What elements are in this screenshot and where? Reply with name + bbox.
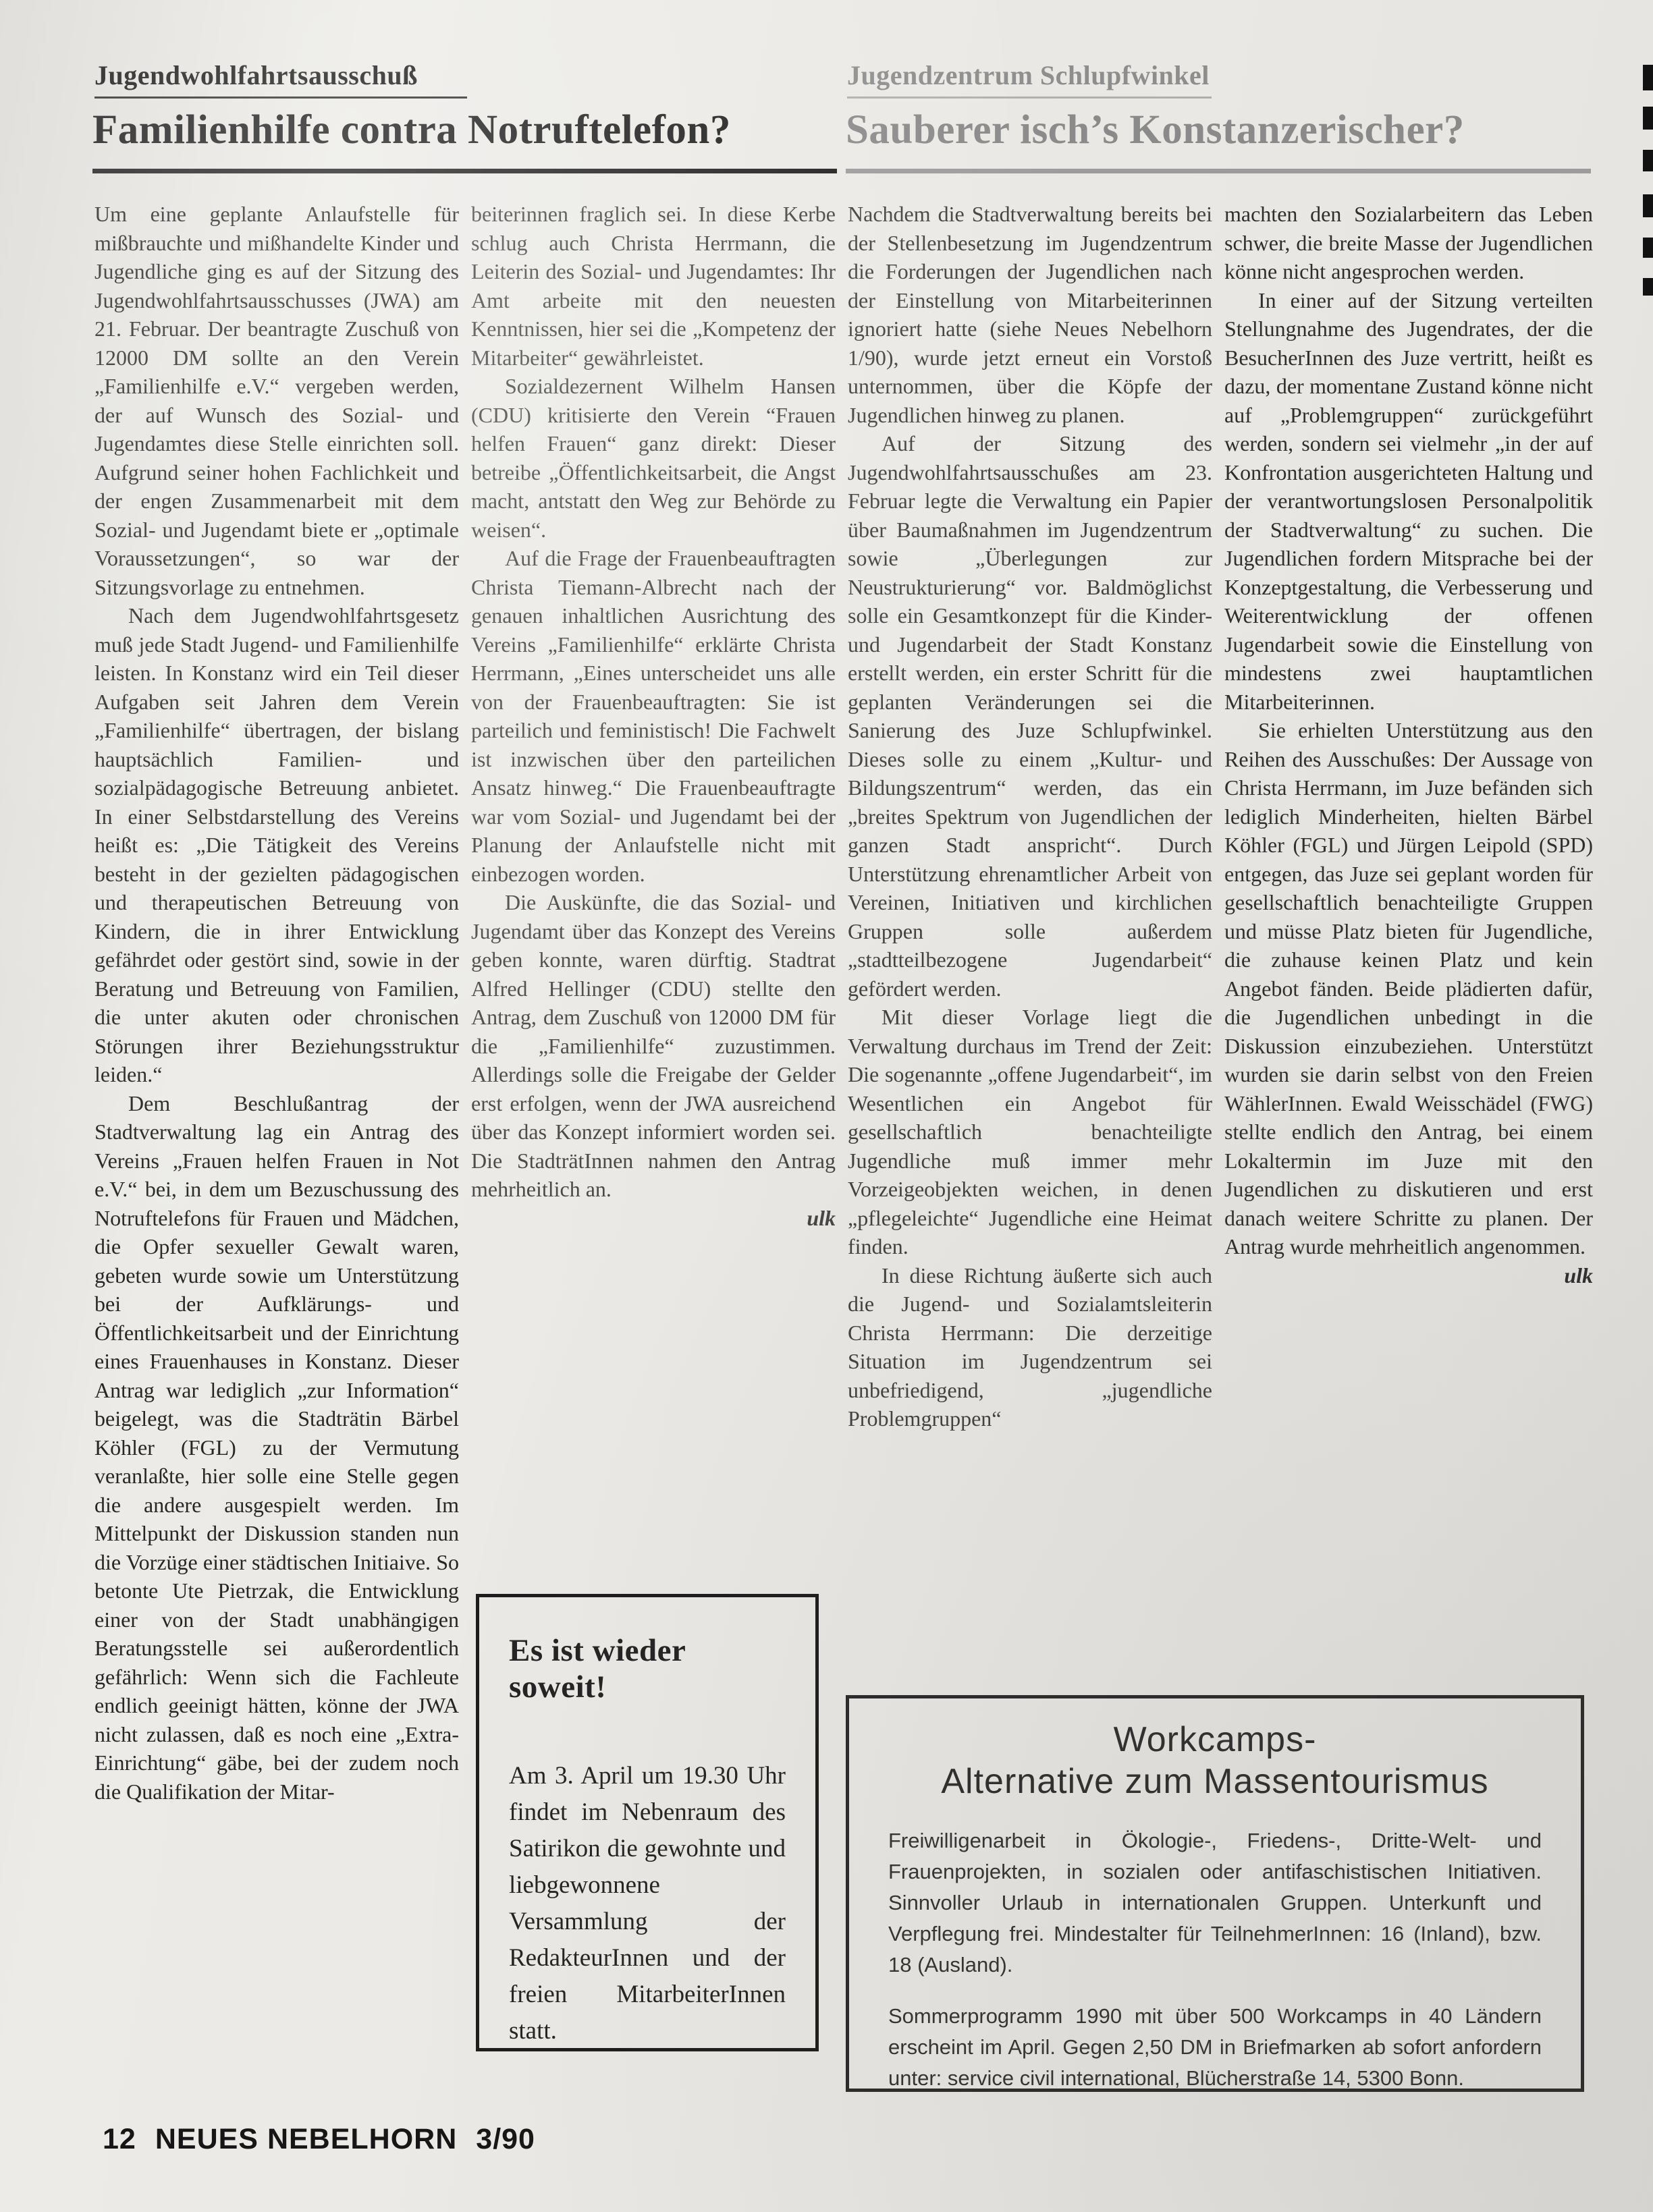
article2-headline-rule [846, 169, 1591, 173]
article1-paragraph: beiterinnen fraglich sei. In diese Kerbe… [471, 200, 836, 372]
scan-artifact-mark [1643, 107, 1653, 130]
magazine-name: NEUES NEBELHORN [155, 2123, 457, 2155]
article2-byline: ulk [1224, 1261, 1593, 1290]
article2-headline: Sauberer isch’s Konstanzerischer? [846, 107, 1465, 154]
article2-column1: Nachdem die Stadtverwaltung bereits bei … [848, 200, 1212, 1630]
meeting-notice-body: Am 3. April um 19.30 Uhr findet im Neben… [509, 1758, 786, 2049]
scan-artifact-mark [1643, 278, 1653, 296]
article1-paragraph: Auf die Frage der Frauenbeauftragten Chr… [471, 544, 836, 888]
article1-paragraph: Dem Beschlußantrag der Stadtverwaltung l… [94, 1089, 459, 1806]
article1-byline: ulk [471, 1204, 836, 1233]
workcamps-ad-title: Workcamps-Alternative zum Massentourismu… [888, 1719, 1542, 1802]
workcamps-title-line1: Workcamps- [1114, 1720, 1317, 1759]
article2-paragraph: machten den Sozialarbeitern das Leben sc… [1224, 200, 1593, 286]
article2-column2: machten den Sozialarbeitern das Leben sc… [1224, 200, 1593, 1630]
scan-artifact-mark [1643, 65, 1653, 90]
article1-kicker: Jugendwohlfahrtsausschuß [94, 59, 418, 91]
article2-paragraph: In einer auf der Sitzung verteilten Stel… [1224, 286, 1593, 717]
article2-kicker-underline [847, 96, 1212, 99]
article1-kicker-underline [94, 96, 467, 99]
page-footer: 12NEUES NEBELHORN3/90 [103, 2123, 554, 2156]
workcamps-ad-paragraph: Freiwilligenarbeit in Ökologie-, Frieden… [888, 1825, 1542, 1981]
article1-paragraph: Um eine geplante Anlaufstelle für mißbra… [94, 200, 459, 601]
article2-paragraph: Nachdem die Stadtverwaltung bereits bei … [848, 200, 1212, 429]
article2-kicker: Jugendzentrum Schlupfwinkel [847, 59, 1210, 91]
issue-number: 3/90 [476, 2123, 535, 2155]
scan-artifact-mark [1643, 194, 1653, 217]
newspaper-page: Jugendwohlfahrtsausschuß Familienhilfe c… [0, 0, 1653, 2212]
scan-artifact-mark [1643, 150, 1653, 171]
article1-paragraph: Die Auskünfte, die das Sozial- und Jugen… [471, 888, 836, 1204]
article2-paragraph: In diese Richtung äußerte sich auch die … [848, 1261, 1212, 1433]
workcamps-title-line2: Alternative zum Massentourismus [941, 1762, 1488, 1801]
workcamps-ad-box: Workcamps-Alternative zum Massentourismu… [846, 1695, 1584, 2092]
article1-paragraph: Sozialdezernent Wilhelm Hansen (CDU) kri… [471, 372, 836, 544]
meeting-notice-title: Es ist wieder soweit! [509, 1632, 786, 1705]
article2-paragraph: Mit dieser Vorlage liegt die Verwaltung … [848, 1003, 1212, 1261]
article1-column1: Um eine geplante Anlaufstelle für mißbra… [94, 200, 459, 2082]
article2-paragraph: Sie erhielten Unterstützung aus den Reih… [1224, 716, 1593, 1261]
article1-column2: beiterinnen fraglich sei. In diese Kerbe… [471, 200, 836, 1482]
article2-paragraph: Auf der Sitzung des Jugendwohlfahrtsauss… [848, 429, 1212, 1003]
article1-headline: Familienhilfe contra Notruftelefon? [92, 107, 731, 154]
page-number: 12 [103, 2123, 136, 2155]
article1-paragraph: Nach dem Jugendwohlfahrtsgesetz muß jede… [94, 601, 459, 1089]
workcamps-ad-paragraph: Sommerprogramm 1990 mit über 500 Workcam… [888, 2001, 1542, 2092]
meeting-notice-box: Es ist wieder soweit! Am 3. April um 19.… [476, 1594, 819, 2051]
scan-artifact-mark [1643, 238, 1653, 258]
article1-headline-rule [92, 169, 837, 173]
